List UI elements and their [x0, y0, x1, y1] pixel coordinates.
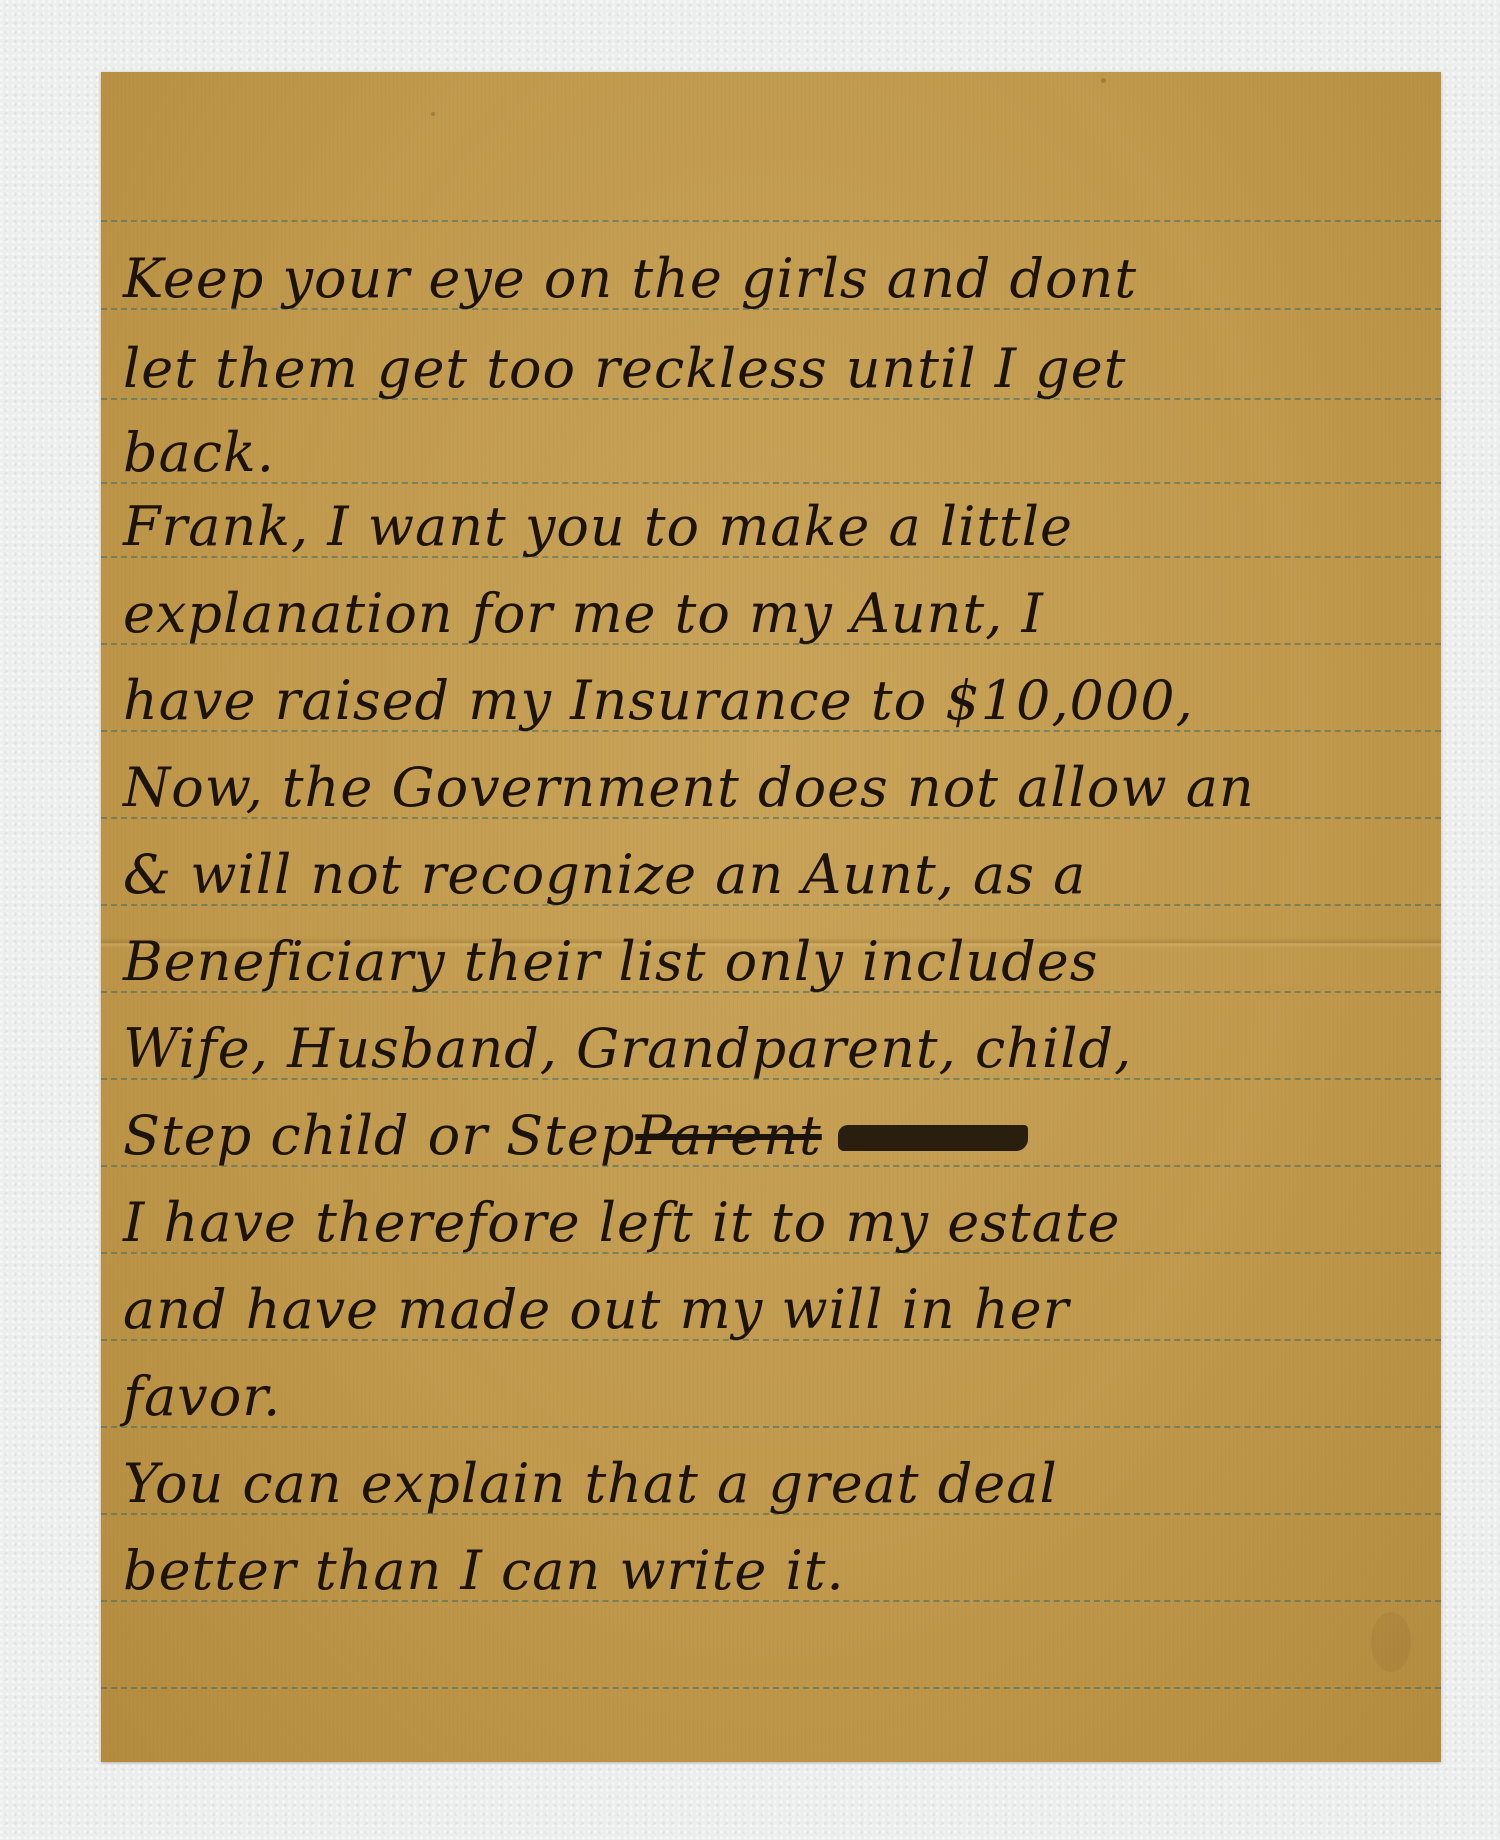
letter-line-2: let them get too reckless until I get — [123, 310, 1401, 400]
line-text: Wife, Husband, Grandparent, child, — [123, 1022, 1132, 1080]
ink-scribble-out — [838, 1125, 1028, 1151]
letter-line-1: Keep your eye on the girls and dont — [123, 220, 1401, 310]
line-text: explanation for me to my Aunt, I — [123, 587, 1044, 645]
line-text: I have therefore left it to my estate — [123, 1196, 1120, 1254]
ruled-line — [101, 1687, 1441, 1689]
letter-line-14: favor. — [123, 1338, 1401, 1428]
letter-line-11: Step child or Step Parent — [123, 1077, 1401, 1167]
line-text: favor. — [123, 1370, 281, 1428]
line-text: Beneficiary their list only includes — [123, 935, 1098, 993]
letter-line-13: and have made out my will in her — [123, 1251, 1401, 1341]
letter-line-9: Beneficiary their list only includes — [123, 903, 1401, 993]
letter-line-4: Frank, I want you to make a little — [123, 468, 1401, 558]
letter-page: Keep your eye on the girls and dont let … — [101, 72, 1441, 1762]
struck-word: Parent — [635, 1109, 821, 1167]
letter-line-8: & will not recognize an Aunt, as a — [123, 816, 1401, 906]
letter-line-10: Wife, Husband, Grandparent, child, — [123, 990, 1401, 1080]
letter-line-16: better than I can write it. — [123, 1512, 1401, 1602]
line-text: let them get too reckless until I get — [123, 342, 1126, 400]
line-text: & will not recognize an Aunt, as a — [123, 848, 1086, 906]
line-text: Step child or Step — [123, 1109, 635, 1167]
letter-line-6: have raised my Insurance to $10,000, — [123, 642, 1401, 732]
line-text: Frank, I want you to make a little — [123, 500, 1073, 558]
line-text: Now, the Government does not allow an — [123, 761, 1255, 819]
letter-line-15: You can explain that a great deal — [123, 1425, 1401, 1515]
line-text: have raised my Insurance to $10,000, — [123, 674, 1194, 732]
paper-spot — [431, 112, 435, 116]
letter-line-5: explanation for me to my Aunt, I — [123, 555, 1401, 645]
line-text: Keep your eye on the girls and dont — [123, 252, 1137, 310]
paper-spot — [1101, 78, 1106, 83]
letter-line-12: I have therefore left it to my estate — [123, 1164, 1401, 1254]
line-text: and have made out my will in her — [123, 1283, 1069, 1341]
letter-line-7: Now, the Government does not allow an — [123, 729, 1401, 819]
paper-stain — [1371, 1612, 1411, 1672]
line-text: You can explain that a great deal — [123, 1457, 1058, 1515]
line-text: better than I can write it. — [123, 1544, 845, 1602]
